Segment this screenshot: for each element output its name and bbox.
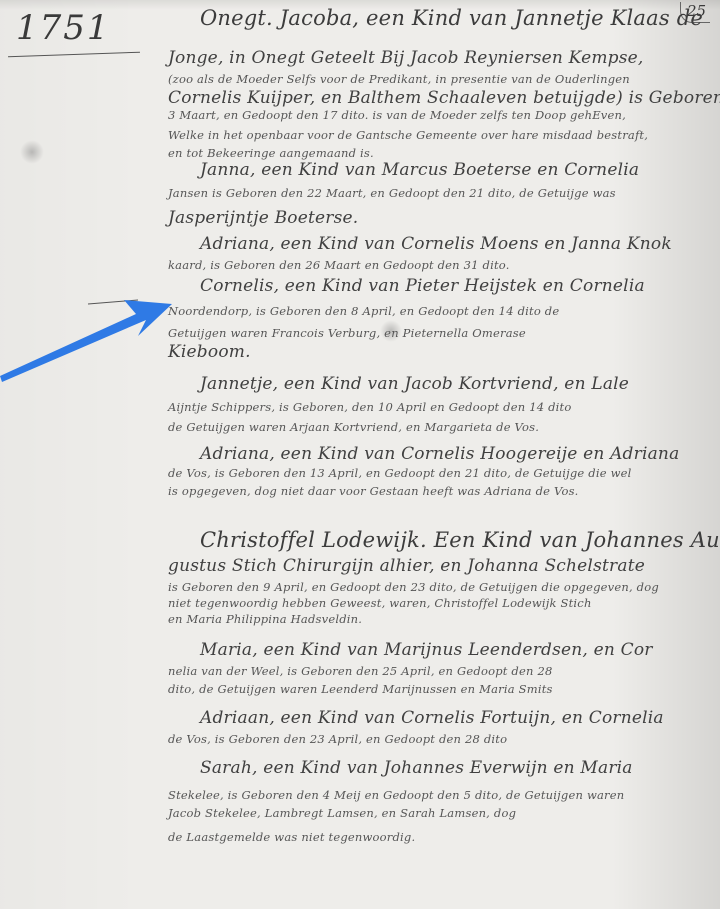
register-line: nelia van der Weel, is Geboren den 25 Ap… [168, 664, 553, 678]
register-line: 3 Maart, en Gedoopt den 17 dito. is van … [168, 108, 626, 122]
register-line: is opgegeven, dog niet daar voor Gestaan… [168, 484, 579, 498]
register-line: Onegt. Jacoba, een Kind van Jannetje Kla… [200, 6, 703, 30]
register-line: de Laastgemelde was niet tegenwoordig. [168, 830, 415, 844]
register-line: de Vos, is Geboren den 13 April, en Gedo… [168, 466, 632, 480]
register-line: Adriana, een Kind van Cornelis Moens en … [200, 234, 672, 254]
register-line: is Geboren den 9 April, en Gedoopt den 2… [168, 580, 659, 594]
register-line: niet tegenwoordig hebben Geweest, waren,… [168, 596, 592, 610]
register-line: Sarah, een Kind van Johannes Everwijn en… [200, 758, 633, 778]
register-line: en Maria Philippina Hadsveldin. [168, 612, 362, 626]
register-line: Jansen is Geboren den 22 Maart, en Gedoo… [168, 186, 616, 200]
register-line: Christoffel Lodewijk. Een Kind van Johan… [200, 528, 720, 552]
register-line: de Getuijgen waren Arjaan Kortvriend, en… [168, 420, 539, 434]
register-line: Cornelis, een Kind van Pieter Heijstek e… [200, 276, 645, 296]
register-line: Adriaan, een Kind van Cornelis Fortuijn,… [200, 708, 664, 728]
register-line: Janna, een Kind van Marcus Boeterse en C… [200, 160, 639, 180]
register-line: de Vos, is Geboren den 23 April, en Gedo… [168, 732, 507, 746]
register-line: Jonge, in Onegt Geteelt Bij Jacob Reynie… [168, 48, 644, 68]
register-line: Jasperijntje Boeterse. [168, 208, 358, 228]
register-line: Stekelee, is Geboren den 4 Meij en Gedoo… [168, 788, 624, 802]
blue-arrow-icon [0, 290, 180, 390]
register-line: Aijntje Schippers, is Geboren, den 10 Ap… [168, 400, 571, 414]
register-line: gustus Stich Chirurgijn alhier, en Johan… [168, 556, 645, 576]
year-underline [8, 52, 140, 58]
register-line: dito, de Getuijgen waren Leenderd Marijn… [168, 682, 553, 696]
register-line: (zoo als de Moeder Selfs voor de Predika… [168, 72, 630, 86]
register-line: Maria, een Kind van Marijnus Leenderdsen… [200, 640, 653, 660]
register-line: en tot Bekeeringe aangemaand is. [168, 146, 374, 160]
register-line: Jannetje, een Kind van Jacob Kortvriend,… [200, 374, 629, 394]
register-line: Adriana, een Kind van Cornelis Hoogereij… [200, 444, 679, 464]
register-page: 1751 25 Onegt. Jacoba, een Kind van Jann… [0, 0, 720, 909]
ink-smudge [20, 140, 44, 164]
register-line: Noordendorp, is Geboren den 8 April, en … [168, 304, 559, 318]
register-line: Kieboom. [168, 342, 251, 362]
register-line: Getuijgen waren Francois Verburg, en Pie… [168, 326, 526, 340]
register-line: Welke in het openbaar voor de Gantsche G… [168, 128, 648, 142]
register-line: Cornelis Kuijper, en Balthem Schaaleven … [168, 88, 720, 108]
year-heading: 1751 [16, 8, 111, 48]
register-line: Jacob Stekelee, Lambregt Lamsen, en Sara… [168, 806, 516, 820]
register-line: kaard, is Geboren den 26 Maart en Gedoop… [168, 258, 510, 272]
